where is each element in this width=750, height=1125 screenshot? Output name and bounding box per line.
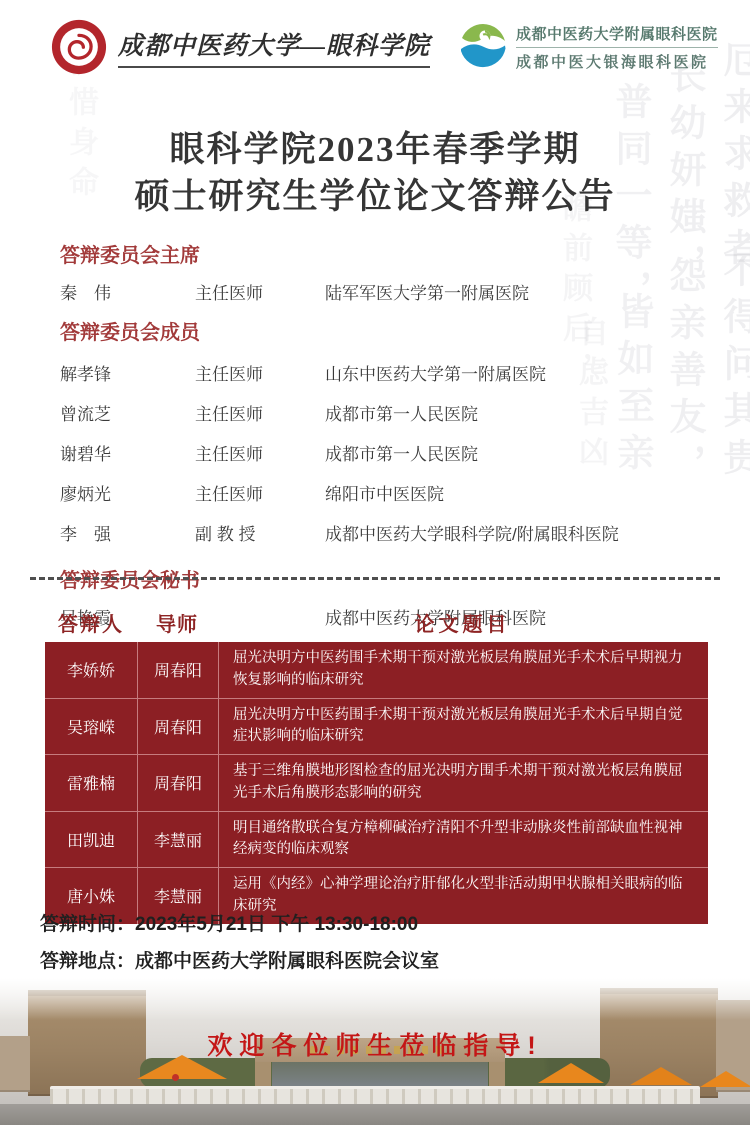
defense-info: 答辩时间：2023年5月21日 下午 13:30-18:00 答辩地点：成都中医… bbox=[40, 912, 439, 975]
member-title: 主任医师 bbox=[195, 444, 325, 466]
table-row: 李娇娇 周春阳 屈光决明方中医药围手术期干预对激光板层角膜屈光手术术后早期视力恢… bbox=[45, 642, 708, 698]
member-title: 主任医师 bbox=[195, 404, 325, 426]
dashed-divider bbox=[30, 577, 720, 580]
welcome-message: 欢迎各位师生莅临指导! bbox=[0, 1026, 750, 1062]
hospital-name-2: 成都中医大银海眼科医院 bbox=[516, 48, 718, 72]
university-wordmark: 成都中医药大学—眼科学院 bbox=[118, 26, 430, 68]
thesis-cell: 屈光决明方中医药围手术期干预对激光板层角膜屈光手术术后早期自觉症状影响的临床研究 bbox=[219, 699, 708, 755]
title-line-2: 硕士研究生学位论文答辩公告 bbox=[0, 173, 750, 220]
hospital-logo: 成都中医药大学附属眼科医院 成都中医大银海眼科医院 bbox=[458, 22, 718, 72]
header-supervisor: 导师 bbox=[137, 608, 217, 637]
supervisor-cell: 李慧丽 bbox=[138, 812, 219, 868]
member-affiliation: 山东中医药大学第一附属医院 bbox=[325, 364, 710, 386]
thesis-cell: 基于三维角膜地形图检查的屈光决明方围手术期干预对激光板层角膜屈光手术后角膜形态影… bbox=[219, 755, 708, 811]
header-logos: 成都中医药大学—眼科学院 成都中医药大学附属眼科医院 成都中医大银海眼科医院 bbox=[50, 18, 730, 76]
member-affiliation: 成都市第一人民医院 bbox=[325, 444, 710, 466]
table-row: 吴瑢嵘 周春阳 屈光决明方中医药围手术期干预对激光板层角膜屈光手术术后早期自觉症… bbox=[45, 698, 708, 755]
photo-stop-sign bbox=[172, 1074, 179, 1081]
header-thesis: 论文题目 bbox=[217, 608, 708, 637]
member-name: 李 强 bbox=[60, 524, 195, 546]
member-row: 谢碧华 主任医师 成都市第一人民医院 bbox=[60, 444, 710, 466]
page-title: 眼科学院2023年春季学期 硕士研究生学位论文答辩公告 bbox=[0, 126, 750, 220]
member-row: 李 强 副 教 授 成都中医药大学眼科学院/附属眼科医院 bbox=[60, 524, 710, 546]
member-title: 主任医师 bbox=[195, 364, 325, 386]
university-logo: 成都中医药大学—眼科学院 bbox=[50, 18, 430, 76]
committee-section: 答辩委员会主席 秦 伟 主任医师 陆军军医大学第一附属医院 答辩委员会成员 解孝… bbox=[60, 243, 710, 630]
member-row: 廖炳光 主任医师 绵阳市中医医院 bbox=[60, 484, 710, 506]
member-name: 廖炳光 bbox=[60, 484, 195, 506]
candidate-cell: 李娇娇 bbox=[45, 642, 138, 698]
member-name: 解孝锋 bbox=[60, 364, 195, 386]
member-affiliation: 成都中医药大学眼科学院/附属眼科医院 bbox=[325, 524, 710, 546]
announcement-poster: 厄来求救者， 不得问其贵 长幼妍媸， 怨亲善友， 普同一等， 皆如至亲 瞻前顾后… bbox=[0, 0, 750, 1125]
supervisor-cell: 周春阳 bbox=[138, 699, 219, 755]
members-heading: 答辩委员会成员 bbox=[60, 320, 710, 346]
member-name: 谢碧华 bbox=[60, 444, 195, 466]
photo-gate-opening bbox=[272, 1062, 488, 1086]
thesis-cell: 明目通络散联合复方樟柳碱治疗清阳不升型非动脉炎性前部缺血性视神经病变的临床观察 bbox=[219, 812, 708, 868]
photo-ground bbox=[0, 1104, 750, 1125]
member-name: 曾流芝 bbox=[60, 404, 195, 426]
photo-top-fade bbox=[0, 978, 750, 1020]
supervisor-cell: 周春阳 bbox=[138, 755, 219, 811]
photo-tent bbox=[538, 1060, 604, 1083]
member-row: 曾流芝 主任医师 成都市第一人民医院 bbox=[60, 404, 710, 426]
hospital-names: 成都中医药大学附属眼科医院 成都中医大银海眼科医院 bbox=[516, 23, 718, 72]
member-title: 主任医师 bbox=[195, 484, 325, 506]
header-candidate: 答辩人 bbox=[45, 608, 137, 637]
table-body: 李娇娇 周春阳 屈光决明方中医药围手术期干预对激光板层角膜屈光手术术后早期视力恢… bbox=[45, 642, 708, 924]
member-affiliation: 绵阳市中医医院 bbox=[325, 484, 710, 506]
supervisor-cell: 周春阳 bbox=[138, 642, 219, 698]
table-row: 田凯迪 李慧丽 明目通络散联合复方樟柳碱治疗清阳不升型非动脉炎性前部缺血性视神经… bbox=[45, 811, 708, 868]
candidate-cell: 吴瑢嵘 bbox=[45, 699, 138, 755]
chair-row: 秦 伟 主任医师 陆军军医大学第一附属医院 bbox=[60, 283, 710, 305]
secretary-heading: 答辩委员会秘书 bbox=[60, 568, 710, 594]
thesis-cell: 屈光决明方中医药围手术期干预对激光板层角膜屈光手术术后早期视力恢复影响的临床研究 bbox=[219, 642, 708, 698]
table-header-row: 答辩人 导师 论文题目 bbox=[45, 602, 708, 642]
defense-table: 答辩人 导师 论文题目 李娇娇 周春阳 屈光决明方中医药围手术期干预对激光板层角… bbox=[45, 602, 708, 924]
photo-tent bbox=[700, 1068, 750, 1087]
candidate-cell: 雷雅楠 bbox=[45, 755, 138, 811]
defense-location: 答辩地点：成都中医药大学附属眼科医院会议室 bbox=[40, 949, 439, 975]
hospital-name-1: 成都中医药大学附属眼科医院 bbox=[516, 23, 718, 48]
chair-heading: 答辩委员会主席 bbox=[60, 243, 710, 269]
table-row: 雷雅楠 周春阳 基于三维角膜地形图检查的屈光决明方围手术期干预对激光板层角膜屈光… bbox=[45, 754, 708, 811]
defense-time: 答辩时间：2023年5月21日 下午 13:30-18:00 bbox=[40, 912, 439, 938]
candidate-cell: 田凯迪 bbox=[45, 812, 138, 868]
university-seal-icon bbox=[50, 18, 108, 76]
photo-tent bbox=[630, 1064, 692, 1085]
chair-affiliation: 陆军军医大学第一附属医院 bbox=[325, 283, 710, 305]
chair-name: 秦 伟 bbox=[60, 283, 195, 305]
title-line-1: 眼科学院2023年春季学期 bbox=[0, 126, 750, 173]
chair-title: 主任医师 bbox=[195, 283, 325, 305]
watermark-column: 不得问其贵 bbox=[712, 250, 750, 485]
member-affiliation: 成都市第一人民医院 bbox=[325, 404, 710, 426]
hospital-logo-icon bbox=[458, 22, 508, 72]
member-title: 副 教 授 bbox=[195, 524, 325, 546]
member-row: 解孝锋 主任医师 山东中医药大学第一附属医院 bbox=[60, 364, 710, 386]
